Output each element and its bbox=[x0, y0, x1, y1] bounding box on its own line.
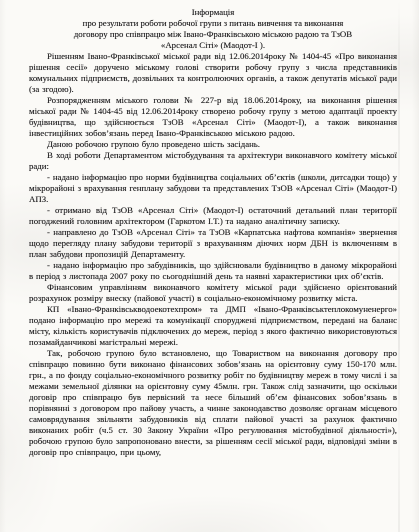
bullet-detailed-plan: - отримано від ТзОВ «Арсенал Сіті» (Маод… bbox=[29, 205, 397, 227]
paragraph-six-sessions: Даною робочою групою було проведено шіст… bbox=[29, 139, 397, 150]
paragraph-order: Розпорядженням міського голови № 227-р в… bbox=[29, 95, 397, 139]
document-title: Інформація про результати роботи робочої… bbox=[29, 7, 397, 51]
bullet-builders-info: - надано інформацію про забудівників, що… bbox=[29, 260, 397, 282]
paragraph-resolution: Рішенням Івано-Франківської міської ради… bbox=[29, 51, 397, 95]
title-line-3: договору про співпрацю між Івано-Франків… bbox=[29, 29, 397, 40]
paragraph-conclusion: Так, робочою групою було встановлено, що… bbox=[29, 348, 397, 458]
document-content: Інформація про результати роботи робочої… bbox=[0, 0, 419, 458]
bullet-social-objects: - надано інформацію про норми будівництв… bbox=[29, 172, 397, 205]
title-line-4: «Арсенал Сіті» (Маодот-І ). bbox=[29, 40, 397, 51]
paragraph-finance: Фінансовим управлінням виконавчого коміт… bbox=[29, 282, 397, 304]
paragraph-department-intro: В ході роботи Департаментом містобудуван… bbox=[29, 150, 397, 172]
scanned-document-page: Інформація про результати роботи робочої… bbox=[0, 0, 419, 532]
title-line-2: про результати роботи робочої групи з пи… bbox=[29, 18, 397, 29]
title-line-1: Інформація bbox=[29, 7, 397, 18]
paragraph-utilities: КП «Івано-Франківськводоекотехпром» та Д… bbox=[29, 304, 397, 348]
bullet-dbn-revision: - направлено до ТзОВ «Арсенал Сіті» та Т… bbox=[29, 227, 397, 260]
